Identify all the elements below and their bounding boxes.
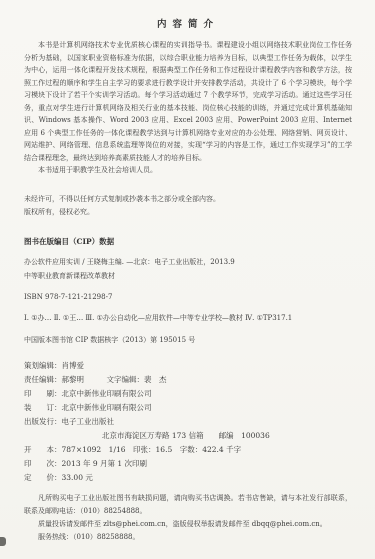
colophon-block: 策划编辑：肖博爱 责任编辑：郝黎明 文字编辑：裴 杰 印 刷：北京中新伟业印刷有…	[24, 359, 352, 485]
content-summary-title: 内容简介	[24, 19, 352, 30]
colophon-line-address: 北京市海淀区万寿路 173 信箱 邮编 100036	[24, 429, 352, 443]
colophon-line-publisher: 出版发行：电子工业出版社	[24, 415, 352, 429]
isbn-line: ISBN 978-7-121-21298-7	[24, 292, 352, 303]
colophon-line-responsible-editor: 责任编辑：郝黎明 文字编辑：裴 杰	[24, 373, 352, 387]
cip-title-line: 办公软件应用实训 / 王晓梅主编. —北京：电子工业出版社，2013.9	[24, 257, 352, 268]
colophon-line-binding: 装 订：北京中新伟业印刷有限公司	[24, 401, 352, 415]
footer-notes-block: 凡所购买电子工业出版社图书有缺损问题，请向购买书店调换。若书店售缺，请与本社发行…	[24, 492, 352, 544]
book-copyright-page: 内容简介 本书是计算机网络技术专业优质核心课程的实训指导书。课程建设小组以网络技…	[0, 0, 375, 559]
no-copy-notice: 未经许可，不得以任何方式复制或抄袭本书之部分或全部内容。	[24, 193, 352, 206]
all-rights-reserved-notice: 版权所有，侵权必究。	[24, 206, 352, 219]
scan-smudge	[0, 537, 6, 546]
colophon-line-price: 定 价：33.00 元	[24, 471, 352, 485]
hotline-note: 服务热线：（010）88258888。	[24, 531, 352, 544]
cip-series-line: 中等职业教育新课程改革教材	[24, 271, 352, 282]
complaint-note: 质量投诉请发邮件至 zlts@phei.com.cn，盗版侵权举报请发邮件至 d…	[24, 518, 352, 531]
colophon-line-print-run: 印 次：2013 年 9 月第 1 次印刷	[24, 457, 352, 471]
colophon-line-planning-editor: 策划编辑：肖博爱	[24, 359, 352, 373]
cip-heading: 图书在版编目（CIP）数据	[24, 236, 352, 247]
copyright-notice-block: 未经许可，不得以任何方式复制或抄袭本书之部分或全部内容。 版权所有，侵权必究。	[24, 193, 352, 219]
cip-record-line: 中国版本图书馆 CIP 数据核字（2013）第 195015 号	[24, 335, 352, 346]
colophon-line-printer: 印 刷：北京中新伟业印刷有限公司	[24, 387, 352, 401]
colophon-line-format: 开 本：787×1092 1/16 印张：16.5 字数：422.4 千字	[24, 443, 352, 457]
cip-classification-line: Ⅰ. ①办… Ⅱ. ①王… Ⅲ. ①办公自动化—应用软件—中等专业学校—教材 Ⅳ…	[24, 313, 352, 324]
purchase-note: 凡所购买电子工业出版社图书有缺损问题，请向购买书店调换。若书店售缺，请与本社发行…	[24, 492, 352, 518]
summary-paragraph: 本书是计算机网络技术专业优质核心课程的实训指导书。课程建设小组以网络技术职业岗位…	[24, 39, 352, 164]
audience-line: 本书适用于职教学生及社会培训人员。	[24, 164, 352, 177]
